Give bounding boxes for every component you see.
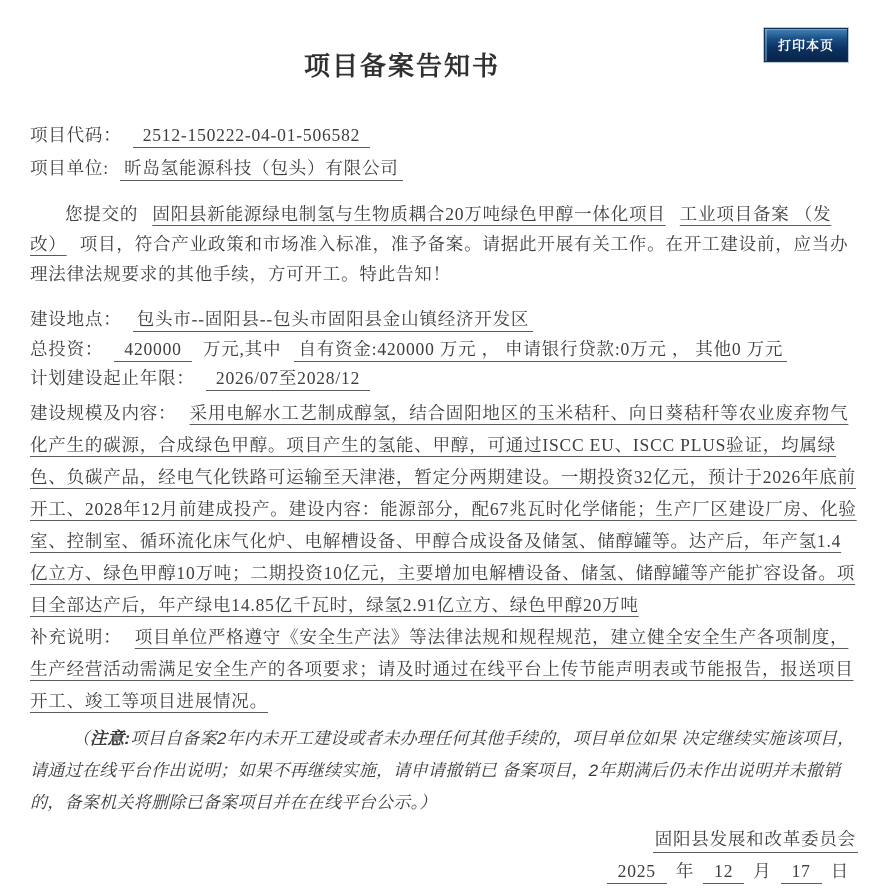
location-line: 建设地点： 包头市--固阳县--包头市固阳县金山镇经济开发区 bbox=[30, 305, 858, 335]
note-keyword: 注意: bbox=[90, 729, 131, 748]
investment-breakdown: 自有资金:420000 万元 ， 申请银行贷款:0万元 ， 其他0 万元 bbox=[294, 339, 787, 362]
date-month: 12 bbox=[703, 861, 744, 884]
project-code-value: 2512-150222-04-01-506582 bbox=[133, 125, 371, 148]
scale-label: 建设规模及内容： bbox=[30, 403, 176, 423]
project-unit-line: 项目单位: 昕岛氢能源科技（包头）有限公司 bbox=[30, 152, 858, 185]
scale-paragraph: 建设规模及内容： 采用电解水工艺制成醇氢，结合固阳地区的玉米秸秆、向日葵秸秆等农… bbox=[30, 397, 858, 621]
investment-amount: 420000 bbox=[114, 339, 191, 362]
investment-label: 总投资： bbox=[30, 339, 103, 359]
authority-line: 固阳县发展和改革委员会 bbox=[30, 823, 858, 855]
supplement-label: 补充说明： bbox=[30, 627, 122, 647]
header-fields: 项目代码： 2512-150222-04-01-506582 项目单位: 昕岛氢… bbox=[30, 119, 858, 185]
scale-section: 建设规模及内容： 采用电解水工艺制成醇氢，结合固阳地区的玉米秸秆、向日葵秸秆等农… bbox=[30, 397, 858, 717]
location-value: 包头市--固阳县--包头市固阳县金山镇经济开发区 bbox=[133, 309, 534, 332]
date-day: 17 bbox=[781, 861, 822, 884]
date-line: 2025年12月17日 bbox=[30, 855, 858, 887]
project-code-line: 项目代码： 2512-150222-04-01-506582 bbox=[30, 119, 858, 152]
approval-prefix: 您提交的 bbox=[65, 204, 138, 224]
investment-line: 总投资： 420000 万元,其中 自有资金:420000 万元 ， 申请银行贷… bbox=[30, 335, 858, 365]
period-value: 2026/07至2028/12 bbox=[206, 368, 370, 391]
signature-block: 固阳县发展和改革委员会 2025年12月17日 bbox=[30, 823, 858, 887]
authority-name: 固阳县发展和改革委员会 bbox=[653, 829, 858, 853]
supplement-paragraph: 补充说明： 项目单位严格遵守《安全生产法》等法律法规和规程规范，建立健全安全生产… bbox=[30, 621, 858, 717]
period-label: 计划建设起止年限： bbox=[30, 368, 195, 388]
approval-paragraph: 您提交的 固阳县新能源绿电制氢与生物质耦合20万吨绿色甲醇一体化项目 工业项目备… bbox=[30, 199, 858, 289]
location-label: 建设地点： bbox=[30, 309, 122, 329]
project-name: 固阳县新能源绿电制氢与生物质耦合20万吨绿色甲醇一体化项目 bbox=[152, 204, 665, 224]
approval-body: 项目，符合产业政策和市场准入标准，准予备案。请据此开展有关工作。在开工建设前，应… bbox=[30, 234, 848, 284]
date-month-unit: 月 bbox=[753, 861, 771, 881]
note-content: 项目自备案2年内未开工建设或者未办理任何其他手续的，项目单位如果 决定继续实施该… bbox=[30, 729, 854, 812]
note-open-bracket: （ bbox=[73, 729, 90, 748]
project-unit-value: 昕岛氢能源科技（包头）有限公司 bbox=[120, 158, 403, 181]
project-info: 建设地点： 包头市--固阳县--包头市固阳县金山镇经济开发区 总投资： 4200… bbox=[30, 305, 858, 394]
print-page-button[interactable]: 打印本页 bbox=[764, 28, 848, 62]
project-code-label: 项目代码： bbox=[30, 125, 122, 145]
notice-caution: （注意:项目自备案2年内未开工建设或者未办理任何其他手续的，项目单位如果 决定继… bbox=[30, 723, 858, 819]
investment-unit-text: 万元,其中 bbox=[203, 339, 281, 359]
notice-body: 项目代码： 2512-150222-04-01-506582 项目单位: 昕岛氢… bbox=[0, 119, 886, 887]
supplement-content: 项目单位严格遵守《安全生产法》等法律法规和规程规范，建立健全安全生产各项制度，生… bbox=[30, 627, 854, 711]
date-day-unit: 日 bbox=[831, 861, 849, 881]
project-unit-label: 项目单位: bbox=[30, 158, 109, 178]
page-title: 项目备案告知书 bbox=[0, 46, 886, 83]
scale-content: 采用电解水工艺制成醇氢，结合固阳地区的玉米秸秆、向日葵秸秆等农业废弃物气化产生的… bbox=[30, 403, 857, 615]
date-year: 2025 bbox=[607, 861, 667, 884]
date-year-unit: 年 bbox=[676, 861, 694, 881]
period-line: 计划建设起止年限： 2026/07至2028/12 bbox=[30, 364, 858, 394]
